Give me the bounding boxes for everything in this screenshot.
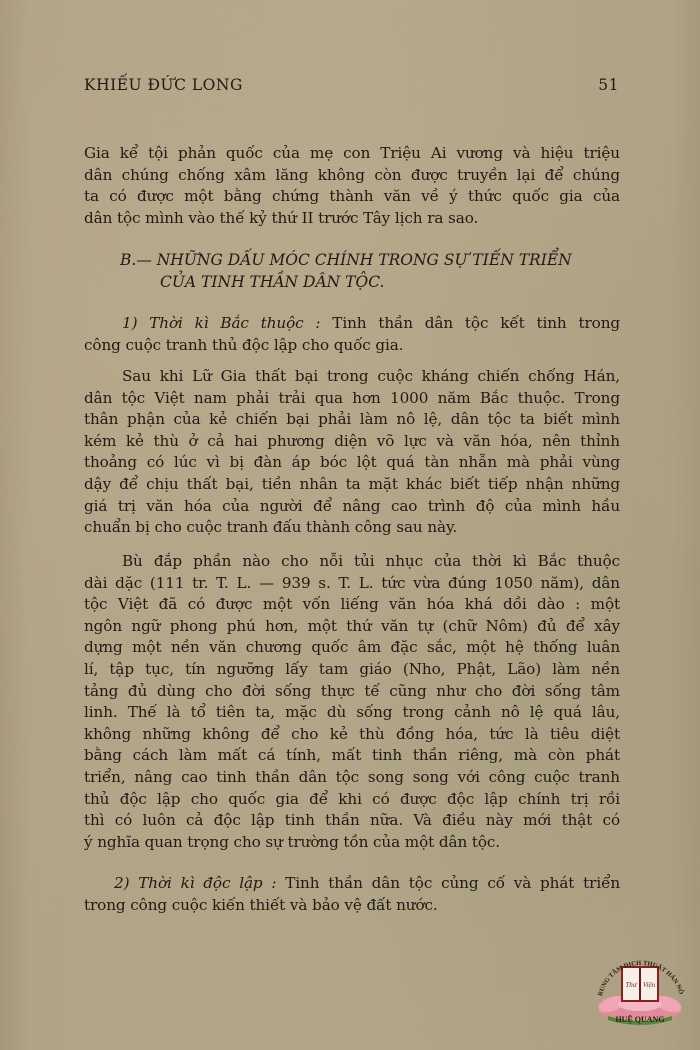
text-line: công cuộc tranh thủ độc lập cho quốc gia… xyxy=(84,335,620,357)
text-line: dậy để chịu thất bại, tiền nhân ta mặt k… xyxy=(84,474,620,496)
text-line: Gia kể tội phản quốc của mẹ con Triệu Ai… xyxy=(84,143,620,165)
text-line: bằng cách làm mất cá tính, mất tinh thần… xyxy=(84,745,620,767)
section-heading: B.— NHỮNG DẤU MÓC CHÍNH TRONG SỰ TIẾN TR… xyxy=(120,249,620,293)
text-line: thân phận của kẻ chiến bại phải làm nô l… xyxy=(84,409,620,431)
text-line: thì có luôn cả độc lập tinh thần nữa. Và… xyxy=(84,810,620,832)
subsection-2-label: 2) Thời kì độc lập : xyxy=(114,874,276,892)
text-line: giá trị văn hóa của người để nâng cao tr… xyxy=(84,496,620,518)
text-line: thủ độc lập cho quốc gia để khi có được … xyxy=(84,789,620,811)
running-title: KHIẾU ĐỨC LONG xyxy=(84,76,243,94)
text-line: trong công cuộc kiến thiết và bảo vệ đất… xyxy=(84,895,620,917)
section-heading-line1: B.— NHỮNG DẤU MÓC CHÍNH TRONG SỰ TIẾN TR… xyxy=(120,249,620,271)
scanned-book-page: KHIẾU ĐỨC LONG 51 Gia kể tội phản quốc c… xyxy=(0,0,700,1050)
text-line: kém kẻ thù ở cả hai phương diện võ lực v… xyxy=(84,431,620,453)
svg-text:Viện: Viện xyxy=(643,981,656,989)
subsection-1-text: Tinh thần dân tộc kết tinh trong xyxy=(320,314,620,332)
text-line: dựng một nền văn chương quốc âm đặc sắc,… xyxy=(84,637,620,659)
subsection-1-line1: 1) Thời kì Bắc thuộc : Tinh thần dân tộc… xyxy=(84,313,620,335)
subsection-2-line1: 2) Thời kì độc lập : Tinh thần dân tộc c… xyxy=(84,873,620,895)
text-line: linh. Thế là tổ tiên ta, mặc dù sống tro… xyxy=(84,702,620,724)
text-line: ngôn ngữ phong phú hơn, một thứ văn tự (… xyxy=(84,616,620,638)
text-line: Bù đắp phần nào cho nỗi tủi nhục của thờ… xyxy=(84,551,620,573)
subsection-1-label: 1) Thời kì Bắc thuộc : xyxy=(122,314,320,332)
section-heading-line2: CỦA TINH THẦN DÂN TỘC. xyxy=(120,271,620,293)
text-line: Sau khi Lữ Gia thất bại trong cuộc kháng… xyxy=(84,366,620,388)
text-line: tảng đủ dùng cho đời sống thực tế cũng n… xyxy=(84,681,620,703)
text-line: không những không để cho kẻ thù đồng hóa… xyxy=(84,724,620,746)
text-line: tộc Việt đã có được một vốn liếng văn hó… xyxy=(84,594,620,616)
text-line: ta có được một bằng chứng thành văn về ý… xyxy=(84,186,620,208)
hue-quang-logo: Thư Viện TRUNG TÂM DỊCH THUẬT HÁN NÔM HU… xyxy=(590,930,690,1030)
text-line: lí, tập tục, tín ngưỡng lấy tam giáo (Nh… xyxy=(84,659,620,681)
page-header: KHIẾU ĐỨC LONG 51 xyxy=(84,76,619,94)
text-line: dân chúng chống xâm lăng không còn được … xyxy=(84,165,620,187)
text-line: ý nghĩa quan trọng cho sự trường tồn của… xyxy=(84,832,620,854)
page-number: 51 xyxy=(598,76,619,94)
library-book-lotus-icon: Thư Viện TRUNG TÂM DỊCH THUẬT HÁN NÔM HU… xyxy=(590,930,690,1030)
text-line: chuẩn bị cho cuộc tranh đấu thành công s… xyxy=(84,517,620,539)
paragraph-3: Bù đắp phần nào cho nỗi tủi nhục của thờ… xyxy=(84,551,620,853)
text-line: dài dặc (111 tr. T. L. — 939 s. T. L. tứ… xyxy=(84,573,620,595)
subsection-2-text: Tinh thần dân tộc củng cố và phát triển xyxy=(276,874,620,892)
text-line: dân tộc Việt nam phải trải qua hơn 1000 … xyxy=(84,388,620,410)
subsection-1: 1) Thời kì Bắc thuộc : Tinh thần dân tộc… xyxy=(84,313,620,356)
svg-text:Thư: Thư xyxy=(625,981,637,989)
paragraph-continuation: Gia kể tội phản quốc của mẹ con Triệu Ai… xyxy=(84,143,620,229)
paragraph-2: Sau khi Lữ Gia thất bại trong cuộc kháng… xyxy=(84,366,620,539)
text-line: thoảng có lúc vì bị đàn áp bóc lột quá t… xyxy=(84,452,620,474)
svg-text:HUỆ QUANG: HUỆ QUANG xyxy=(615,1015,664,1024)
subsection-2: 2) Thời kì độc lập : Tinh thần dân tộc c… xyxy=(84,873,620,916)
text-line: triển, nâng cao tinh thần dân tộc song s… xyxy=(84,767,620,789)
text-line: dân tộc mình vào thế kỷ thứ II trước Tây… xyxy=(84,208,620,230)
